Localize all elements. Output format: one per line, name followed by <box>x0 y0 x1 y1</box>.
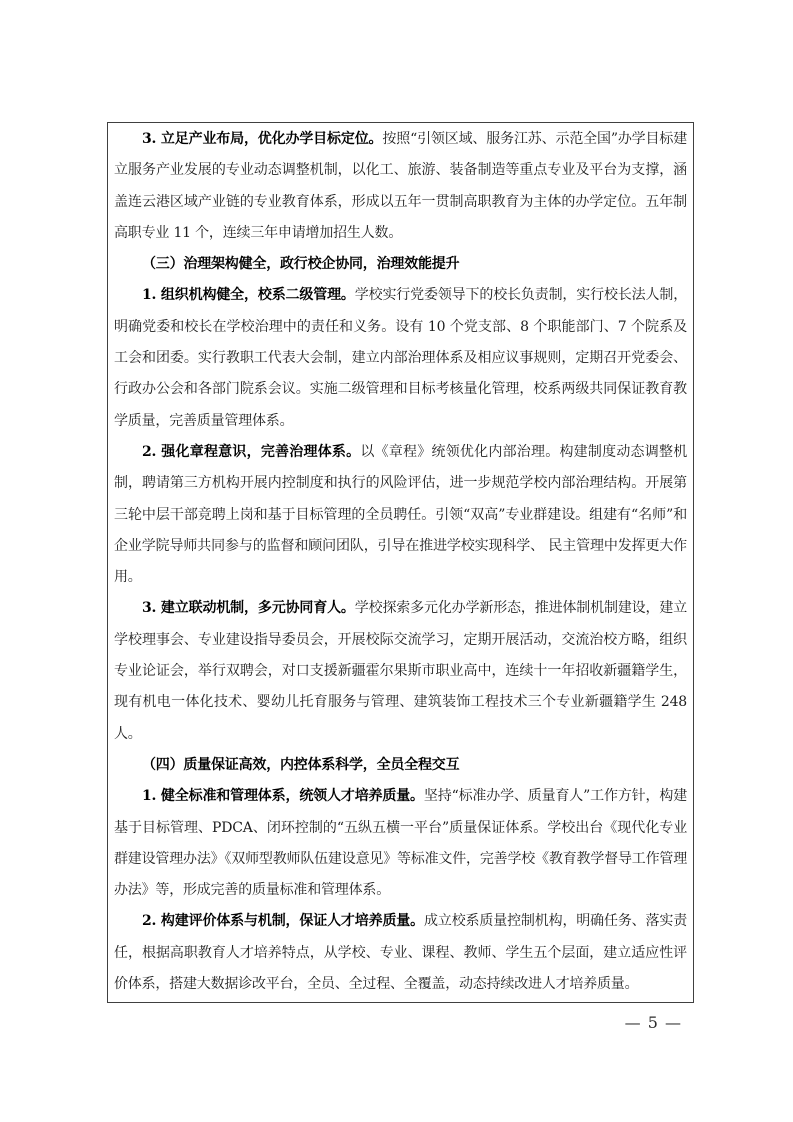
paragraph-industry-layout: 3. 立足产业布局，优化办学目标定位。按照“引领区域、服务江苏、示范全国”办学目… <box>114 124 687 249</box>
paragraph-body: 学校探索多元化办学新形态，推进体制机制建设，建立学校理事会、专业建设指导委员会，… <box>114 600 687 741</box>
paragraph-standards-system: 1. 健全标准和管理体系，统领人才培养质量。坚持“标准办学、质量育人”工作方针，… <box>114 781 687 906</box>
paragraph-charter-awareness: 2. 强化章程意识，完善治理体系。以《章程》统领优化内部治理。构建制度动态调整机… <box>114 437 687 593</box>
section-heading-governance: （三）治理架构健全，政行校企协同，治理效能提升 <box>114 249 687 280</box>
paragraph-lead: 3. 建立联动机制，多元协同育人。 <box>142 600 355 616</box>
paragraph-body: 以《章程》统领优化内部治理。构建制度动态调整机制，聘请第三方机构开展内控制度和执… <box>114 444 687 585</box>
paragraph-linkage-mechanism: 3. 建立联动机制，多元协同育人。学校探索多元化办学新形态，推进体制机制建设，建… <box>114 593 687 749</box>
paragraph-lead: 2. 强化章程意识，完善治理体系。 <box>142 444 360 460</box>
heading-text: （三）治理架构健全，政行校企协同，治理效能提升 <box>142 256 459 272</box>
paragraph-lead: 1. 组织机构健全，校系二级管理。 <box>142 287 355 303</box>
paragraph-lead: 3. 立足产业布局，优化办学目标定位。 <box>142 131 382 147</box>
paragraph-lead: 2. 构建评价体系与机制，保证人才培养质量。 <box>142 913 424 929</box>
document-content-box: 3. 立足产业布局，优化办学目标定位。按照“引领区域、服务江苏、示范全国”办学目… <box>107 122 694 1003</box>
section-heading-quality: （四）质量保证高效，内控体系科学，全员全程交互 <box>114 750 687 781</box>
paragraph-evaluation-system: 2. 构建评价体系与机制，保证人才培养质量。成立校系质量控制机构，明确任务、落实… <box>114 906 687 1000</box>
paragraph-lead: 1. 健全标准和管理体系，统领人才培养质量。 <box>142 788 424 804</box>
page-number: — 5 — <box>107 1013 694 1032</box>
paragraph-body: 学校实行党委领导下的校长负责制，实行校长法人制，明确党委和校长在学校治理中的责任… <box>114 287 687 428</box>
paragraph-process-monitoring: 3. 突出过程与时效监控，检视人才培养质量。制订学校教诊改方案，发布自我诊改报告… <box>114 1000 687 1003</box>
paragraph-body: 按照“引领区域、服务江苏、示范全国”办学目标建立服务产业发展的专业动态调整机制，… <box>114 131 687 241</box>
paragraph-org-structure: 1. 组织机构健全，校系二级管理。学校实行党委领导下的校长负责制，实行校长法人制… <box>114 280 687 436</box>
heading-text: （四）质量保证高效，内控体系科学，全员全程交互 <box>142 757 459 773</box>
paragraph-body: 坚持“标准办学、质量育人”工作方针，构建基于目标管理、PDCA、闭环控制的“五纵… <box>114 788 687 898</box>
